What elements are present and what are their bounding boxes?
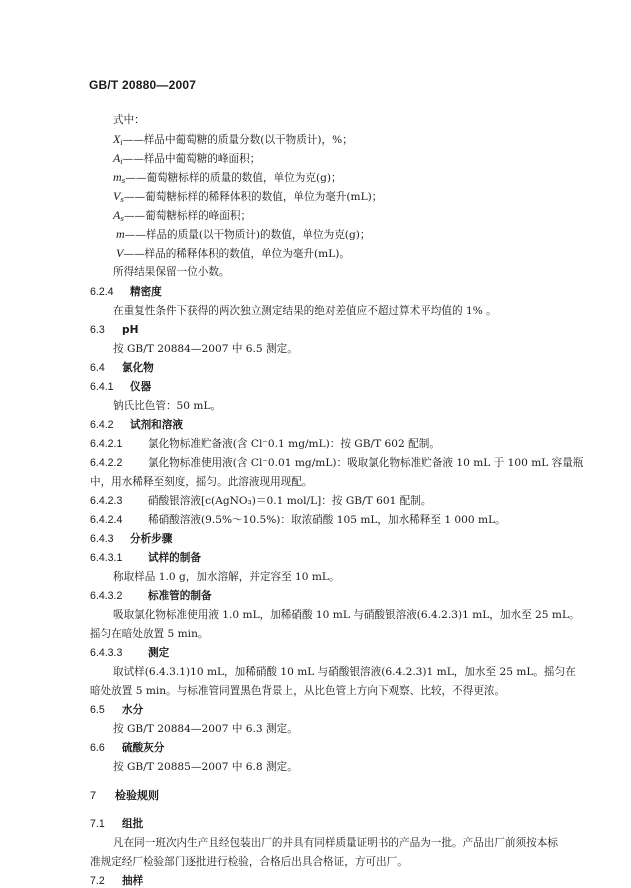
- definition-v: V——样品的稀释体积的数值，单位为毫升(mL)。: [116, 246, 350, 261]
- section-body-7-1-line1: 凡在同一班次内生产且经包装出厂的并具有同样质量证明书的产品为一批。产品出厂前须按…: [113, 836, 558, 850]
- section-title: 精密度: [130, 286, 162, 298]
- definition-ms: ms——葡萄糖标样的质量的数值，单位为克(g)；: [113, 170, 342, 188]
- section-heading-6-5: 6.5水分: [90, 703, 143, 717]
- definition-text: ——样品的质量(以干物质计)的数值，单位为克(g)；: [125, 229, 371, 241]
- clause-text: 氯化物标准使用液(含 Cl⁻0.01 mg/mL)：吸取氯化物标准贮备液 10 …: [148, 457, 583, 469]
- where-intro: 式中：: [113, 113, 145, 127]
- clause-number: 6.4.2.3: [90, 494, 148, 508]
- clause-6-4-2-1: 6.4.2.1氯化物标准贮备液(含 Cl⁻0.1 mg/mL)：按 GB/T 6…: [90, 437, 440, 451]
- clause-number: 6.4.2.4: [90, 513, 148, 527]
- section-heading-6-4-3: 6.4.3分析步骤: [90, 532, 172, 546]
- definition-text: ——样品中葡萄糖的质量分数(以干物质计)，%；: [123, 134, 353, 146]
- section-number: 6.3: [90, 323, 122, 337]
- section-body-6-6: 按 GB/T 20885—2007 中 6.8 测定。: [113, 760, 298, 774]
- symbol: m: [116, 227, 125, 241]
- definition-text: ——样品的稀释体积的数值，单位为毫升(mL)。: [123, 248, 350, 260]
- rounding-note: 所得结果保留一位小数。: [113, 265, 230, 279]
- section-number: 6.4.3.3: [90, 646, 148, 660]
- section-number: 6.5: [90, 703, 122, 717]
- symbol: m: [113, 170, 122, 184]
- chapter-title: 检验规则: [115, 789, 159, 802]
- section-heading-6-4-1: 6.4.1仪器: [90, 380, 151, 394]
- section-title: 标准管的制备: [148, 590, 212, 602]
- section-title: pH: [122, 324, 138, 336]
- section-number: 7.2: [90, 874, 122, 888]
- section-number: 6.2.4: [90, 285, 130, 299]
- definition-ai: Ai——样品中葡萄糖的峰面积；: [113, 151, 260, 169]
- section-title: 仪器: [130, 381, 151, 393]
- section-number: 6.4.3: [90, 532, 130, 546]
- section-heading-6-4-2: 6.4.2试剂和溶液: [90, 418, 183, 432]
- chapter-number: 7: [90, 789, 115, 803]
- definition-vs: Vs——葡萄糖标样的稀释体积的数值，单位为毫升(mL)；: [113, 189, 382, 207]
- definition-text: ——葡萄糖标样的峰面积；: [124, 210, 251, 222]
- clause-text: 氯化物标准贮备液(含 Cl⁻0.1 mg/mL)：按 GB/T 602 配制。: [148, 438, 440, 450]
- section-heading-6-2-4: 6.2.4精密度: [90, 285, 162, 299]
- clause-number: 6.4.2.2: [90, 456, 148, 470]
- section-heading-7-1: 7.1组批: [90, 817, 143, 831]
- section-heading-6-6: 6.6硫酸灰分: [90, 741, 164, 755]
- section-title: 分析步骤: [130, 533, 172, 545]
- section-title: 硫酸灰分: [122, 742, 164, 754]
- definition-text: ——葡萄糖标样的稀释体积的数值，单位为毫升(mL)；: [124, 191, 382, 203]
- section-title: 水分: [122, 704, 143, 716]
- definition-as: As——葡萄糖标样的峰面积；: [113, 208, 251, 226]
- clause-6-4-2-4: 6.4.2.4稀硝酸溶液(9.5%～10.5%)：取浓硝酸 105 mL，加水稀…: [90, 513, 506, 527]
- section-number: 6.4.3.2: [90, 589, 148, 603]
- section-body-6-4-3-3-line2: 暗处放置 5 min。与标准管同置黑色背景上，从比色管上方向下观察、比较，不得更…: [90, 684, 505, 698]
- clause-text: 硝酸银溶液[c(AgNO₃)＝0.1 mol/L]：按 GB/T 601 配制。: [148, 495, 431, 507]
- section-heading-6-4: 6.4氯化物: [90, 361, 154, 375]
- standard-code-header: GB/T 20880—2007: [89, 78, 196, 92]
- section-title: 抽样: [122, 875, 143, 887]
- section-title: 测定: [148, 647, 169, 659]
- section-title: 组批: [122, 818, 143, 830]
- section-heading-6-4-3-1: 6.4.3.1试样的制备: [90, 551, 201, 565]
- definition-xi: Xi——样品中葡萄糖的质量分数(以干物质计)，%；: [113, 132, 353, 150]
- section-heading-6-4-3-2: 6.4.3.2标准管的制备: [90, 589, 212, 603]
- section-body-6-4-3-1: 称取样品 1.0 g，加水溶解，并定容至 10 mL。: [113, 570, 340, 584]
- clause-text: 稀硝酸溶液(9.5%～10.5%)：取浓硝酸 105 mL，加水稀释至 1 00…: [148, 514, 506, 526]
- chapter-heading-7: 7检验规则: [90, 789, 159, 803]
- section-heading-7-2: 7.2抽样: [90, 874, 143, 888]
- section-body-6-4-3-3-line1: 取试样(6.4.3.1)10 mL，加稀硝酸 10 mL 与硝酸银溶液(6.4.…: [113, 665, 576, 679]
- section-number: 6.4: [90, 361, 122, 375]
- clause-6-4-2-2-cont: 中，用水稀释至刻度，摇匀。此溶液现用现配。: [90, 475, 312, 489]
- definition-text: ——葡萄糖标样的质量的数值，单位为克(g)；: [125, 172, 341, 184]
- definition-text: ——样品中葡萄糖的峰面积；: [123, 153, 261, 165]
- clause-6-4-2-2: 6.4.2.2氯化物标准使用液(含 Cl⁻0.01 mg/mL)：吸取氯化物标准…: [90, 456, 583, 470]
- section-title: 试剂和溶液: [130, 419, 183, 431]
- section-heading-6-4-3-3: 6.4.3.3测定: [90, 646, 169, 660]
- section-body-6-4-1: 钠氏比色管：50 mL。: [113, 399, 221, 413]
- section-body-7-1-line2: 准规定经厂检验部门逐批进行检验，合格后出具合格证，方可出厂。: [90, 855, 408, 869]
- section-title: 试样的制备: [148, 552, 201, 564]
- section-body-6-3: 按 GB/T 20884—2007 中 6.5 测定。: [113, 342, 298, 356]
- section-body-6-5: 按 GB/T 20884—2007 中 6.3 测定。: [113, 722, 298, 736]
- section-number: 7.1: [90, 817, 122, 831]
- definition-m: m——样品的质量(以干物质计)的数值，单位为克(g)；: [116, 227, 370, 242]
- section-heading-6-3: 6.3pH: [90, 323, 138, 337]
- section-body-6-4-3-2-line2: 摇匀在暗处放置 5 min。: [90, 627, 208, 641]
- section-number: 6.4.3.1: [90, 551, 148, 565]
- section-body-6-2-4: 在重复性条件下获得的两次独立测定结果的绝对差值应不超过算术平均值的 1% 。: [113, 304, 497, 318]
- section-title: 氯化物: [122, 362, 154, 374]
- document-page: GB/T 20880—2007 式中： Xi——样品中葡萄糖的质量分数(以干物质…: [0, 0, 631, 888]
- section-body-6-4-3-2-line1: 吸取氯化物标准使用液 1.0 mL，加稀硝酸 10 mL 与硝酸银溶液(6.4.…: [113, 608, 580, 622]
- section-number: 6.4.2: [90, 418, 130, 432]
- section-number: 6.6: [90, 741, 122, 755]
- section-number: 6.4.1: [90, 380, 130, 394]
- clause-6-4-2-3: 6.4.2.3硝酸银溶液[c(AgNO₃)＝0.1 mol/L]：按 GB/T …: [90, 494, 431, 508]
- clause-number: 6.4.2.1: [90, 437, 148, 451]
